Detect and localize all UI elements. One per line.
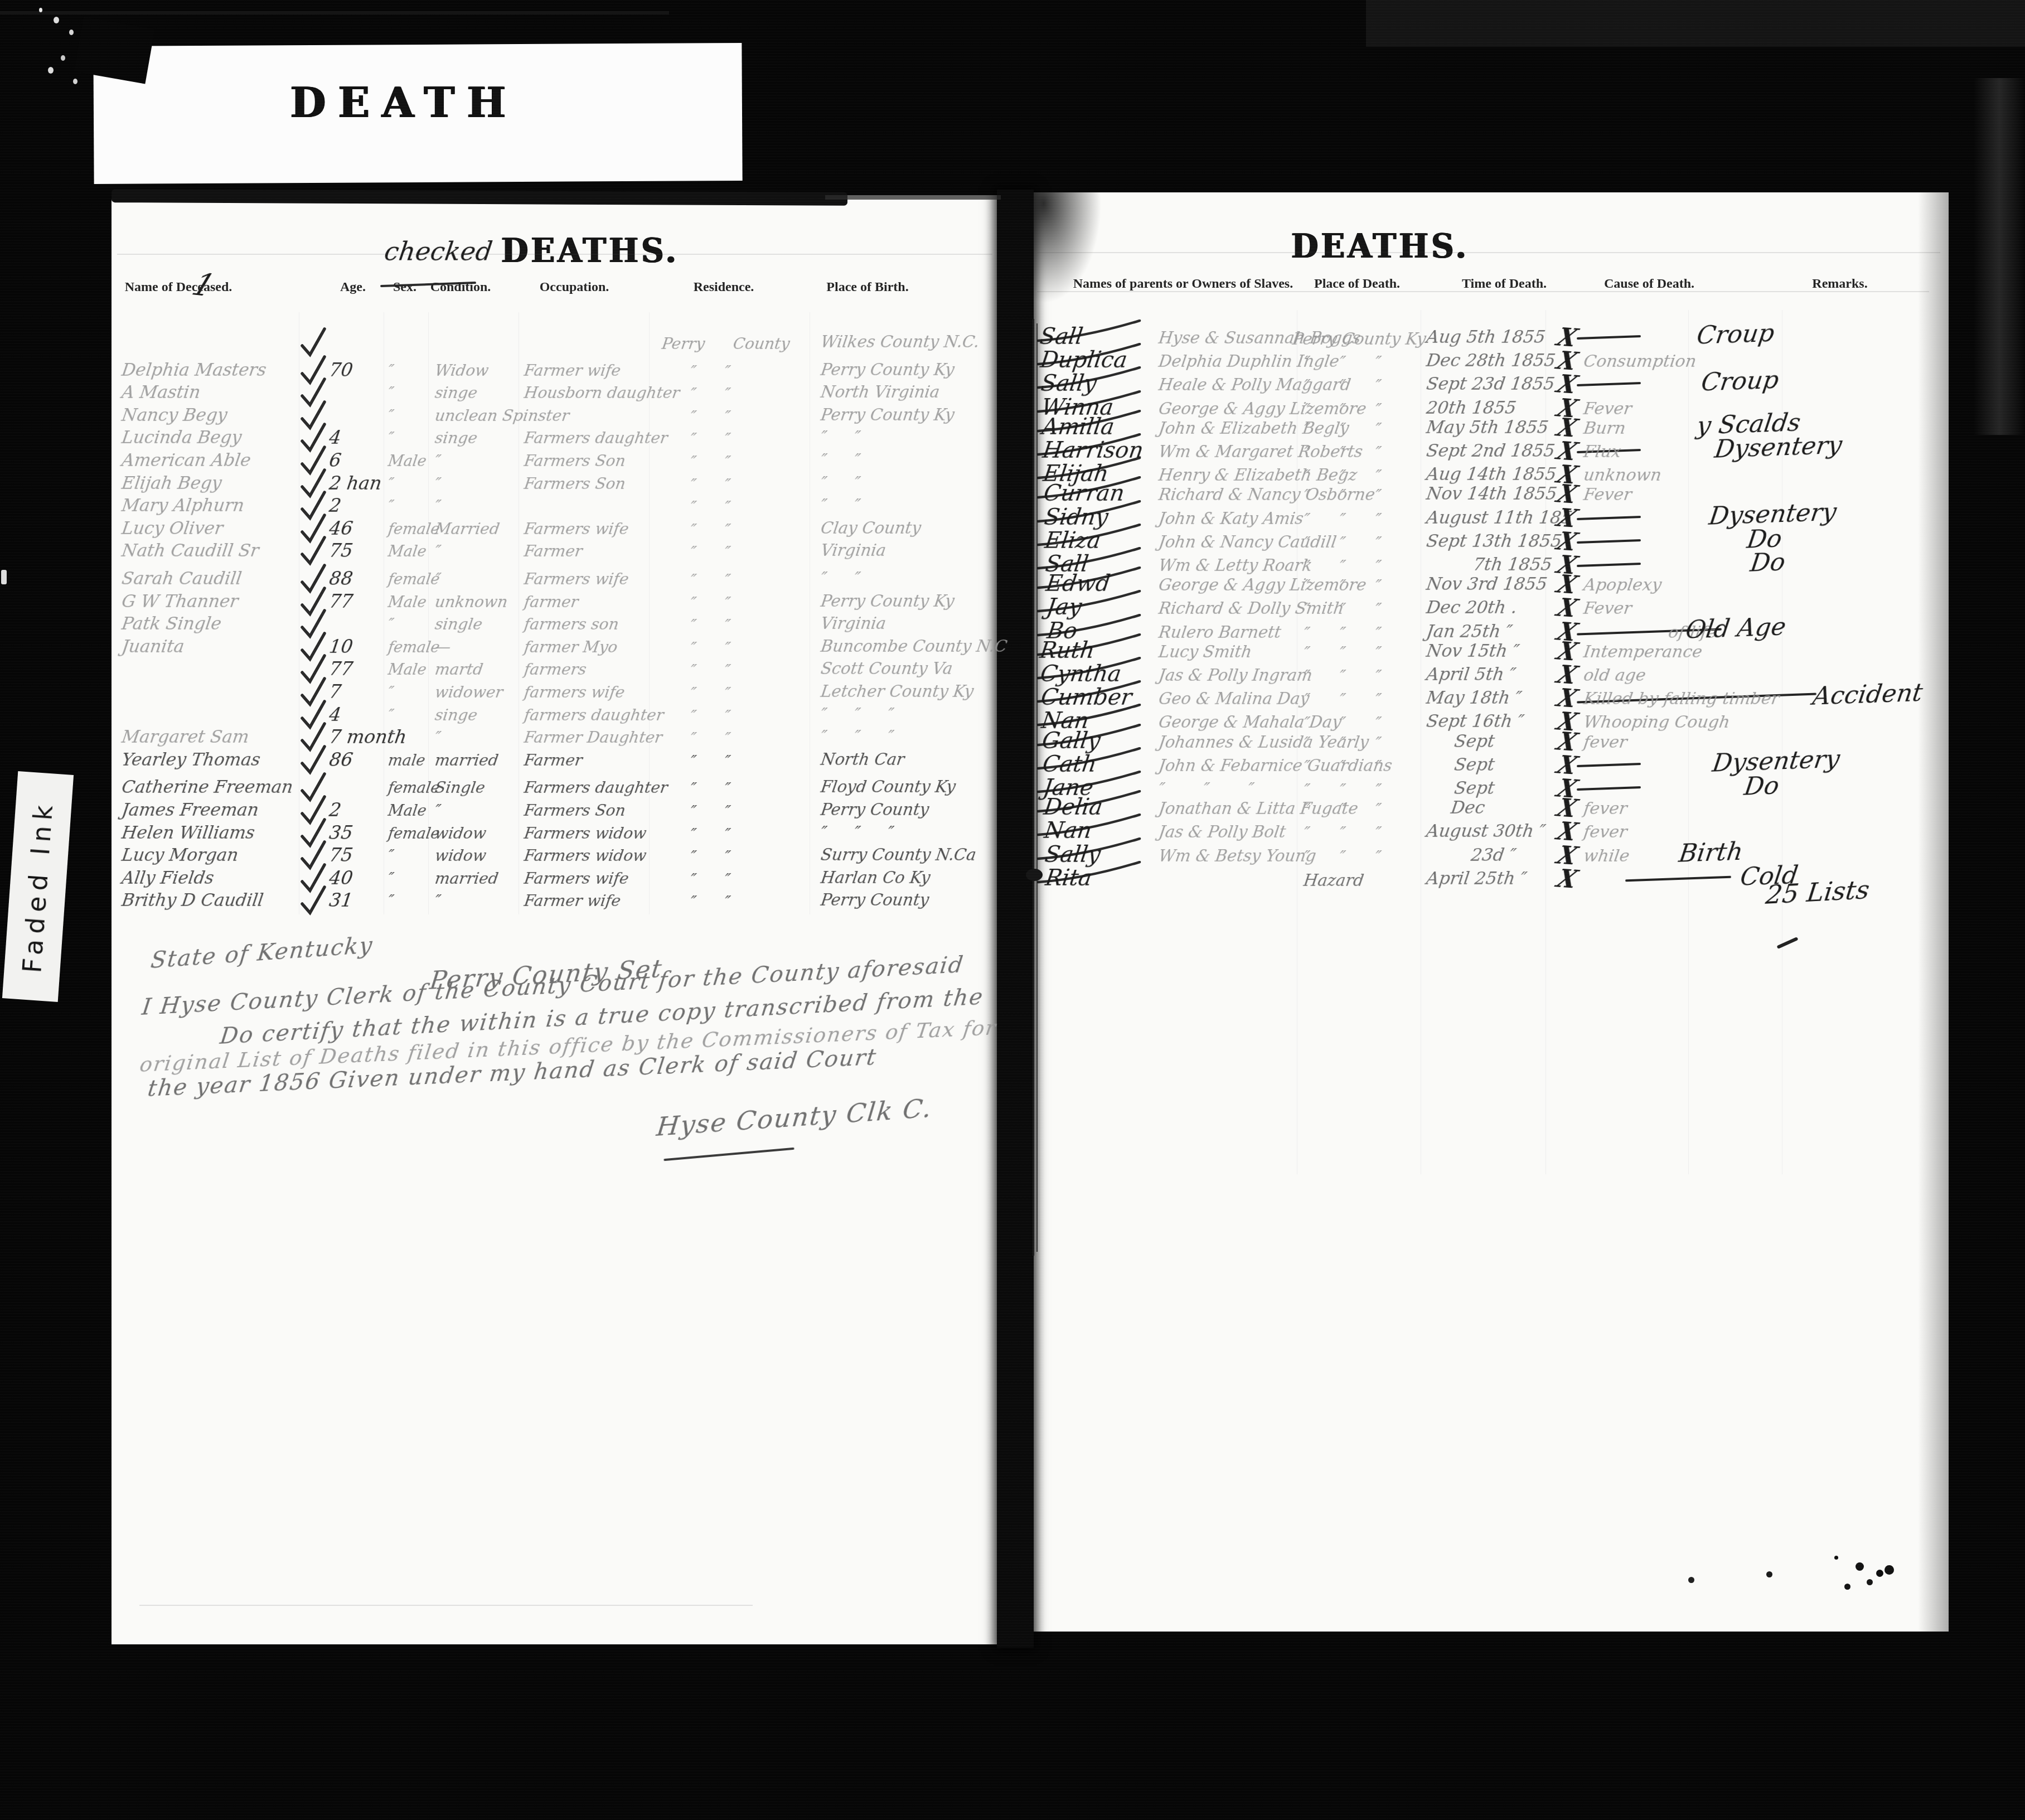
place-of-death: Hazard — [1302, 871, 1365, 890]
time-of-death: Sept — [1453, 732, 1496, 752]
time-of-death: April 5th ″ — [1425, 665, 1517, 685]
time-of-death: Sept — [1453, 778, 1496, 798]
residence-value: ″ ″ — [689, 453, 731, 471]
cause-of-death: fever — [1582, 822, 1629, 842]
deceased-name: Mary Alphurn — [120, 496, 245, 516]
time-of-death: Nov 14th 1855 — [1425, 484, 1558, 504]
condition-value: single — [434, 615, 483, 633]
birthplace-value: Letcher County Ky — [820, 682, 975, 701]
occupation-value: Farmer wife — [523, 361, 622, 380]
condition-value: widow — [434, 824, 487, 843]
deceased-name: Ally Fields — [120, 868, 215, 888]
birthplace-value: North Virginia — [820, 383, 941, 401]
residence-value: ″ ″ — [689, 385, 731, 403]
cause-of-death: old age — [1582, 666, 1647, 685]
page-title-left: DEATHS. — [501, 230, 679, 270]
deceased-name: G W Thanner — [120, 592, 240, 612]
place-of-death: ″ ″ ″ — [1302, 848, 1383, 867]
scan-border-patch — [1366, 0, 2025, 47]
occupation-value: Farmers wife — [523, 520, 630, 538]
condition-value: Married — [434, 520, 501, 538]
occupation-value: Farmers Son — [523, 452, 627, 470]
page-title-right: DEATHS. — [1291, 226, 1469, 265]
place-of-death: ″ ″ ″ — [1302, 714, 1383, 733]
remark-value: Do — [1742, 772, 1781, 801]
age-value: 77 — [328, 590, 354, 612]
remark-value: Croup — [1699, 366, 1781, 398]
age-value: 2 han — [328, 472, 383, 494]
occupation-value: farmer Myo — [523, 638, 619, 656]
sex-value: female — [387, 825, 441, 843]
deceased-name: James Freeman — [120, 800, 260, 820]
birthplace-value: Clay County — [820, 519, 922, 538]
remark-value: Dysentery — [1713, 431, 1844, 464]
cover-label: DEATH — [290, 79, 518, 127]
cross-out-stroke — [1036, 590, 1142, 616]
birthplace-value: Harlan Co Ky — [820, 868, 932, 887]
residence-value: ″ ″ — [689, 498, 731, 516]
column-header: Cause of Death. — [1604, 277, 1694, 292]
deceased-name: Margaret Sam — [120, 727, 250, 747]
sex-value: female — [387, 780, 441, 797]
deceased-name: Elijah Begy — [120, 473, 223, 493]
ink-blot — [1026, 869, 1043, 881]
sex-value: female — [387, 521, 441, 538]
column-rule — [810, 312, 810, 914]
residence-value: ″ ″ — [689, 476, 731, 494]
occupation-value: Farmers wife — [523, 869, 630, 888]
cross-out-stroke — [1036, 433, 1142, 459]
residence-value: ″ ″ — [689, 639, 731, 657]
cross-out-stroke — [1036, 320, 1142, 346]
residence-value: ″ ″ — [689, 729, 731, 748]
cross-out-stroke — [1036, 524, 1142, 550]
cross-out-stroke — [1036, 838, 1142, 864]
column-header: Place of Death. — [1314, 277, 1400, 292]
place-of-death: ″ ″ ″ — [1302, 400, 1383, 419]
column-rule — [1421, 310, 1421, 1174]
column-rule — [384, 312, 384, 914]
column-header: Residence. — [694, 280, 754, 295]
time-of-death: Sept 23d 1855 — [1425, 374, 1556, 394]
column-header: Time of Death. — [1462, 277, 1547, 292]
cause-of-death: Fever — [1582, 399, 1633, 419]
age-value: 7 month — [328, 726, 408, 748]
cross-out-stroke — [1036, 790, 1142, 816]
scratch-line — [139, 1605, 753, 1606]
column-header: Condition. — [430, 280, 491, 295]
condition-value: — — [434, 638, 452, 656]
occupation-value: Farmer — [523, 542, 584, 560]
condition-value: Widow — [434, 361, 490, 380]
column-header: Names of parents or Owners of Slaves. — [1073, 277, 1293, 292]
cross-out-stroke — [1036, 814, 1142, 840]
age-value: 10 — [328, 636, 354, 657]
deceased-name: Delphia Masters — [120, 360, 268, 380]
time-of-death: April 25th ″ — [1425, 869, 1528, 889]
remark-value: Birth — [1677, 838, 1745, 868]
column-rule — [1688, 310, 1689, 1174]
cause-of-death: fever — [1582, 733, 1629, 752]
age-value: 86 — [328, 749, 354, 771]
birthplace-value: ″ ″ ″ — [820, 823, 895, 842]
condition-value: martd — [434, 660, 484, 679]
birthplace-value: North Car — [820, 750, 905, 769]
time-of-death: Sept 13th 1855 — [1425, 531, 1563, 551]
place-of-death: ″ ″ ″ — [1302, 781, 1383, 800]
birthplace-value: ″ ″ — [820, 428, 862, 447]
cause-of-death: unknown — [1582, 466, 1663, 485]
deceased-name: Lucinda Begy — [120, 428, 243, 448]
place-of-death: ″ ″ ″ — [1302, 800, 1383, 819]
cause-of-death: Burn — [1582, 419, 1627, 438]
birthplace-value: ″ ″ — [820, 569, 862, 588]
deceased-name: A Mastin — [120, 383, 202, 403]
remark-value: Accident — [1811, 679, 1925, 711]
occupation-value: Farmers widow — [523, 824, 648, 843]
remark-value: Do — [1748, 548, 1787, 578]
place-of-death: ″ ″ ″ — [1302, 667, 1383, 686]
time-of-death: 7th 1855 — [1472, 555, 1553, 575]
cross-out-stroke — [1036, 410, 1142, 436]
sex-value: Male — [387, 661, 428, 679]
occupation-value: Farmers widow — [523, 846, 648, 865]
age-value: 75 — [328, 540, 354, 562]
place-of-death: Perry County Ky — [1291, 330, 1427, 348]
ink-speckles — [1834, 1556, 1838, 1560]
time-of-death: Sept — [1453, 755, 1496, 775]
place-of-death: ″ ″ ″ — [1302, 734, 1383, 753]
time-of-death: Nov 15th ″ — [1425, 641, 1521, 661]
sex-value: female — [387, 639, 441, 656]
time-of-death: Sept 16th ″ — [1425, 711, 1525, 732]
column-header: Place of Birth. — [826, 280, 908, 295]
place-of-death: ″ ″ ″ — [1302, 757, 1383, 776]
occupation-value: Farmers daughter — [523, 778, 669, 797]
residence-value: ″ ″ — [689, 362, 731, 381]
cause-of-death: Intemperance — [1582, 642, 1703, 662]
age-value: 88 — [328, 568, 354, 589]
residence-value: ″ ″ — [689, 870, 731, 889]
parents-names: Wm & Betsy Young — [1157, 846, 1317, 865]
place-of-death: ″ ″ ″ — [1302, 643, 1383, 662]
occupation-value: farmers — [523, 660, 588, 679]
deceased-name: Lucy Oliver — [120, 519, 224, 539]
birthplace-value: Virginia — [820, 541, 887, 560]
place-of-death: ″ ″ ″ — [1302, 690, 1383, 709]
place-of-death: ″ ″ ″ — [1302, 824, 1383, 843]
column-header: Occupation. — [540, 280, 609, 295]
residence-value: ″ ″ — [689, 430, 731, 448]
occupation-value: Farmers Son — [523, 801, 627, 820]
condition-value: singe — [434, 706, 478, 724]
cause-of-death: Fever — [1582, 485, 1633, 505]
parents-names: Jas & Polly Ingram — [1157, 666, 1314, 685]
time-of-death: Dec 28th 1855 — [1425, 351, 1557, 371]
age-value: 77 — [328, 658, 354, 680]
condition-value: married — [434, 751, 500, 769]
occupation-value: Farmer Daughter — [523, 728, 663, 747]
parents-names: Wm & Letty Roark — [1157, 556, 1314, 575]
occupation-value: farmer — [523, 593, 580, 611]
residence-value: Perry County — [661, 335, 791, 353]
cause-of-death: Flux — [1582, 442, 1622, 462]
sex-value: Male — [387, 594, 428, 611]
deceased-name: Yearley Thomas — [120, 750, 261, 770]
deceased-name: Lucy Morgan — [120, 845, 240, 865]
archivist-label-slip: Faded Ink — [2, 771, 74, 1002]
deceased-name: Sarah Caudill — [120, 569, 243, 589]
condition-value: unclean Spinster — [434, 406, 570, 425]
place-of-death: ″ ″ ″ — [1302, 510, 1383, 529]
pen-stroke-line — [1033, 319, 1034, 1256]
cause-of-death: Whooping Cough — [1582, 713, 1731, 732]
sex-value: Male — [387, 543, 428, 560]
column-rule — [649, 312, 650, 914]
time-of-death: Jan 25th ″ — [1425, 622, 1514, 642]
deceased-name: Brithy D Caudill — [120, 890, 265, 911]
residence-value: ″ ″ — [689, 780, 731, 798]
condition-value: married — [434, 869, 500, 888]
residence-value: ″ ″ — [689, 594, 731, 612]
residence-value: ″ ″ — [689, 825, 731, 844]
age-value: 70 — [328, 359, 354, 381]
residence-value: ″ ″ — [689, 848, 731, 866]
birthplace-value: ″ ″ ″ — [820, 705, 895, 724]
page-edge-fade — [1918, 192, 1949, 1632]
time-of-death: May 5th 1855 — [1425, 418, 1550, 438]
scratch-line — [1037, 291, 1929, 292]
birthplace-value: Perry County Ky — [820, 592, 956, 611]
deceased-name: Nath Caudill Sr — [120, 541, 260, 561]
sex-value: male — [387, 752, 427, 769]
birthplace-value: ″ ″ ″ — [820, 727, 895, 746]
time-of-death: Aug 5th 1855 — [1425, 327, 1547, 347]
sex-value: Male — [387, 802, 428, 820]
column-rule — [519, 312, 519, 914]
place-of-death: ″ ″ ″ — [1302, 557, 1383, 576]
column-rule — [428, 312, 429, 914]
place-of-death: ″ ″ ″ — [1302, 624, 1383, 643]
residence-value: ″ ″ — [689, 802, 731, 821]
total-lists-note: 25 Lists — [1764, 874, 1871, 910]
occupation-value: Housborn daughter — [523, 384, 681, 402]
time-of-death: Aug 14th 1855 — [1425, 464, 1558, 485]
cross-out-stroke — [1036, 680, 1142, 706]
deceased-name: Juanita — [120, 637, 186, 657]
occupation-value: Farmer wife — [523, 892, 622, 910]
pen-stroke-line-2 — [1036, 323, 1038, 1252]
birthplace-value: Surry County N.Ca — [820, 845, 977, 864]
birthplace-value: Scott County Va — [820, 659, 954, 678]
occupation-value: Farmers daughter — [523, 429, 669, 447]
occupation-value: farmers wife — [523, 683, 626, 701]
age-value: 35 — [328, 822, 354, 844]
residence-value: ″ ″ — [689, 707, 731, 725]
parents-names: Lucy Smith — [1157, 642, 1253, 661]
occupation-value: Farmers wife — [523, 570, 630, 588]
age-value: 40 — [328, 867, 354, 889]
parents-names: Rulero Barnett — [1157, 623, 1282, 642]
occupation-value: Farmers Son — [523, 475, 627, 493]
parents-names: John & Katy Amis — [1157, 509, 1305, 528]
cross-out-stroke — [1036, 747, 1142, 773]
cross-out-stroke — [1036, 476, 1142, 502]
place-of-death: ″ ″ ″ — [1302, 600, 1383, 619]
column-header: Sex. — [393, 280, 416, 295]
column-rule — [1546, 310, 1546, 1174]
scan-streak — [0, 11, 669, 14]
residence-value: ″ ″ — [689, 893, 731, 911]
condition-value: Single — [434, 778, 486, 797]
condition-value: singe — [434, 429, 478, 447]
birthplace-value: Buncombe County N.C — [820, 637, 1009, 656]
place-of-death: ″ ″ ″ — [1302, 486, 1383, 505]
dust-speck — [1, 570, 7, 584]
residence-value: ″ ″ — [689, 616, 731, 635]
time-of-death: August 30th ″ — [1425, 821, 1547, 841]
check-mark-icon — [299, 884, 327, 919]
remark-value: Croup — [1695, 319, 1776, 350]
cross-out-stroke — [1036, 500, 1142, 526]
residence-value: ″ ″ — [689, 543, 731, 562]
place-of-death: ″ ″ ″ — [1302, 376, 1383, 395]
residence-value: ″ ″ — [689, 752, 731, 771]
scratch-line — [1037, 252, 1940, 253]
birthplace-value: Perry County Ky — [820, 360, 956, 379]
sex-value: female — [387, 571, 441, 588]
time-of-death: August 11th 185 — [1425, 508, 1573, 528]
cross-out-stroke — [1036, 343, 1142, 369]
cause-of-death: Fever — [1582, 599, 1633, 618]
cause-of-death: Killed by falling timber — [1582, 689, 1781, 709]
birthplace-value: Virginia — [820, 614, 887, 633]
residence-value: ″ ″ — [689, 571, 731, 589]
binding-gutter — [997, 190, 1034, 1648]
parents-names: Geo & Malina Day — [1157, 689, 1310, 708]
scan-canvas: DEATH 1 checked DEATHS. DEATHS. Name of … — [0, 0, 2025, 1820]
cross-out-stroke — [1036, 724, 1142, 750]
condition-value: singe — [434, 384, 478, 402]
time-of-death: 23d ″ — [1470, 845, 1518, 865]
sex-value: Male — [387, 453, 428, 470]
condition-value: unknown — [434, 593, 509, 611]
time-of-death: Dec — [1450, 798, 1486, 818]
age-value: 75 — [328, 844, 354, 866]
place-of-death: ″ ″ ″ — [1302, 467, 1383, 486]
column-header: Name of Deceased. — [125, 280, 232, 295]
residence-value: ″ ″ — [689, 521, 731, 539]
deceased-name: Catherine Freeman — [120, 777, 294, 797]
birthplace-value: Floyd County Ky — [820, 777, 957, 796]
residence-value: ″ ″ — [689, 661, 731, 680]
parents-names: ″ ″ ″ — [1157, 780, 1256, 798]
age-value: 31 — [328, 889, 354, 911]
deceased-name: American Able — [120, 451, 252, 471]
age-value: 46 — [328, 517, 354, 539]
archivist-label: Faded Ink — [17, 799, 59, 974]
checked-annotation: checked — [382, 236, 495, 267]
condition-value: widower — [434, 683, 504, 701]
scratch-line — [117, 254, 992, 255]
page-edge-shadow-thin — [825, 195, 1001, 200]
remark-value: Old Age — [1684, 612, 1787, 644]
residence-value: ″ ″ — [689, 408, 731, 426]
place-of-death: ″ ″ ″ — [1302, 443, 1383, 462]
occupation-value: Farmer — [523, 751, 584, 769]
time-of-death: 20th 1855 — [1425, 398, 1518, 418]
column-header: Remarks. — [1812, 277, 1867, 292]
cause-of-death: fever — [1582, 799, 1629, 819]
occupation-value: farmers son — [523, 615, 620, 633]
place-of-death: ″ ″ ″ — [1302, 577, 1383, 596]
birthplace-value: Perry County Ky — [820, 405, 956, 424]
cause-of-death: while — [1582, 846, 1631, 866]
birthplace-value: ″ ″ — [820, 473, 862, 492]
dust-speckles — [39, 8, 42, 12]
parents-names: Jas & Polly Bolt — [1157, 822, 1287, 841]
time-of-death: Dec 20th . — [1425, 598, 1518, 618]
scan-shadow-blob — [74, 16, 154, 84]
cross-out-stroke — [1036, 861, 1142, 887]
cause-of-death: Apoplexy — [1582, 575, 1663, 595]
cross-out-stroke — [1036, 366, 1142, 393]
place-of-death: ″ ″ ″ — [1302, 353, 1383, 372]
deceased-name: Patk Single — [120, 614, 222, 634]
place-of-death: ″ ″ ″ — [1302, 534, 1383, 553]
time-of-death: Sept 2nd 1855 — [1425, 441, 1556, 461]
cause-of-death: Consumption — [1582, 352, 1698, 371]
column-header: Age. — [340, 280, 366, 295]
cross-out-stroke — [1036, 633, 1142, 660]
deceased-name: Helen Williams — [120, 823, 256, 843]
residence-value: ″ ″ — [689, 684, 731, 703]
occupation-value: farmers daughter — [523, 706, 665, 724]
scan-edge-glare — [1974, 78, 2025, 435]
cross-out-stroke — [1036, 657, 1142, 683]
birthplace-value: ″ ″ — [820, 496, 862, 515]
cross-out-stroke — [1036, 567, 1142, 593]
birthplace-value: Perry County — [820, 890, 931, 909]
deceased-name: Nancy Begy — [120, 405, 229, 425]
birthplace-value: Wilkes County N.C. — [820, 332, 981, 351]
birthplace-value: Perry County — [820, 800, 931, 819]
place-of-death: ″ ″ ″ — [1302, 420, 1383, 439]
time-of-death: Nov 3rd 1855 — [1425, 574, 1548, 594]
birthplace-value: ″ ″ — [820, 451, 862, 469]
condition-value: widow — [434, 846, 487, 865]
time-of-death: May 18th ″ — [1425, 688, 1523, 708]
